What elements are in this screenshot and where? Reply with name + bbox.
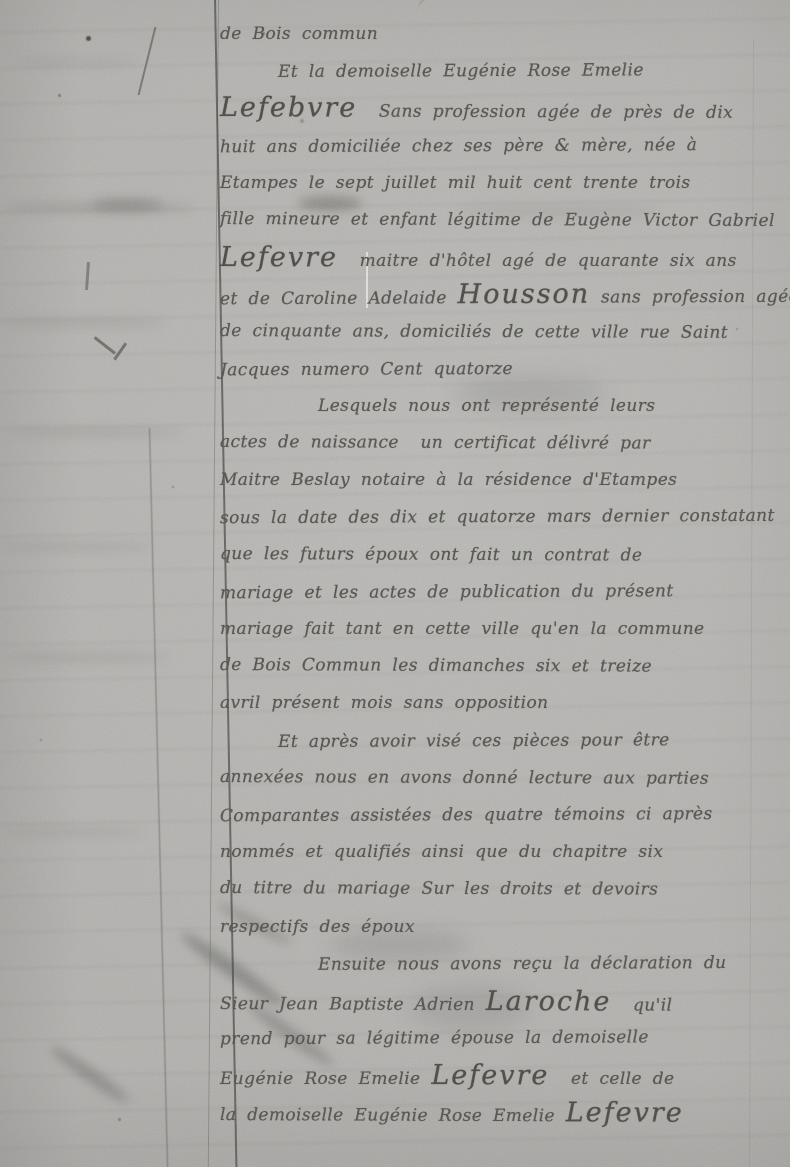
manuscript-line-6: fille mineure et enfant légitime de Eugè… — [220, 201, 780, 240]
manuscript-line-22: Comparantes assistées des quatre témoins… — [220, 796, 780, 836]
handwritten-text: nommés et qualifiés ainsi que du chapitr… — [220, 842, 663, 862]
handwritten-text: huit ans domiciliée chez ses père & mère… — [220, 135, 697, 157]
bleed-ghost-band — [4, 653, 169, 662]
manuscript-line-12: actes de naissance un certificat délivré… — [220, 424, 780, 463]
manuscript-line-11: Lesquels nous ont représenté leurs — [220, 388, 780, 425]
manuscript-line-15: que les futurs époux ont fait un contrat… — [220, 536, 780, 575]
manuscript-line-18: de Bois Commun les dimanches six et trei… — [220, 647, 780, 686]
handwritten-text: respectifs des époux — [220, 917, 415, 937]
bleed-ghost-band — [16, 58, 136, 66]
manuscript-line-21: annexées nous en avons donné lecture aux… — [220, 759, 780, 798]
handwritten-text: mariage et les actes de publication du p… — [220, 581, 674, 603]
manuscript-line-9: de cinquante ans, domiciliés de cette vi… — [220, 313, 780, 352]
handwritten-text: Lesquels nous ont représenté leurs — [318, 396, 655, 416]
handwritten-text: Ensuite nous avons reçu la déclaration d… — [318, 953, 727, 975]
manuscript-line-20: Et après avoir visé ces pièces pour être — [220, 721, 780, 761]
manuscript-line-14: sous la date des dix et quatorze mars de… — [220, 498, 780, 538]
surname-emphasis: Lefevre — [431, 1060, 549, 1091]
manuscript-line-26: Ensuite nous avons reçu la déclaration d… — [220, 944, 780, 984]
surname-emphasis: Housson — [458, 279, 591, 311]
manuscript-line-30: la demoiselle Eugénie Rose Emelie Lefevr… — [220, 1093, 780, 1132]
handwritten-text: Et après avoir visé ces pièces pour être — [278, 730, 670, 752]
manuscript-line-8: et de Caroline Adelaide Housson sans pro… — [220, 275, 780, 315]
handwritten-text: de Bois Commun les dimanches six et trei… — [220, 655, 652, 677]
handwritten-text: mariage fait tant en cette ville qu'en l… — [220, 619, 705, 639]
handwritten-text: du titre du mariage Sur les droits et de… — [220, 878, 658, 900]
handwritten-text: sans profession agée — [590, 287, 790, 308]
manuscript-line-23: nommés et qualifiés ainsi que du chapitr… — [220, 834, 780, 871]
handwritten-text: Comparantes assistées des quatre témoins… — [220, 804, 713, 826]
manuscript-line-3: Lefebvre Sans profession agée de près de… — [220, 89, 780, 128]
handwritten-text: la demoiselle Eugénie Rose Emelie — [220, 1105, 566, 1126]
ink-speck — [58, 94, 61, 97]
surname-emphasis: Lefevre — [220, 242, 338, 273]
bleed-ghost-band — [0, 543, 155, 551]
handwritten-text: Et la demoiselle Eugénie Rose Emelie — [278, 61, 644, 83]
surname-emphasis: Lefevre — [566, 1098, 684, 1129]
handwritten-text: annexées nous en avons donné lecture aux… — [220, 767, 709, 789]
handwritten-text: Maitre Beslay notaire à la résidence d'E… — [220, 470, 677, 490]
manuscript-line-10: Jacques numero Cent quatorze — [220, 349, 780, 389]
manuscript-line-2: Et la demoiselle Eugénie Rose Emelie — [220, 52, 780, 92]
ink-speck — [118, 1118, 121, 1121]
manuscript-line-25: respectifs des époux — [220, 909, 780, 946]
ink-smudge — [92, 198, 162, 211]
handwritten-text: qu'il — [611, 995, 672, 1015]
bleed-ghost-band — [0, 828, 145, 836]
ink-speck — [172, 486, 174, 488]
manuscript-line-19: avril présent mois sans opposition — [220, 685, 780, 722]
handwritten-text: de Bois commun — [220, 24, 378, 44]
surname-emphasis: Lefebvre — [220, 92, 357, 123]
manuscript-line-29: Eugénie Rose Emelie Lefevre et celle de — [220, 1057, 780, 1094]
manuscript-line-7: Lefevre maitre d'hôtel agé de quarante s… — [220, 239, 780, 276]
handwritten-text: sous la date des dix et quatorze mars de… — [220, 506, 775, 528]
handwritten-text: Etampes le sept juillet mil huit cent tr… — [220, 173, 691, 193]
manuscript-line-16: mariage et les actes de publication du p… — [220, 573, 780, 613]
manuscript-line-5: Etampes le sept juillet mil huit cent tr… — [220, 165, 780, 202]
handwritten-text: Eugénie Rose Emelie — [220, 1069, 431, 1089]
manuscript-line-27: Sieur Jean Baptiste Adrien Laroche qu'il — [220, 982, 780, 1021]
manuscript-text: de Bois communEt la demoiselle Eugénie R… — [220, 16, 780, 1132]
manuscript-line-13: Maitre Beslay notaire à la résidence d'E… — [220, 462, 780, 499]
handwritten-text: fille mineure et enfant légitime de Eugè… — [220, 209, 775, 231]
manuscript-line-1: de Bois commun — [220, 16, 780, 53]
handwritten-text: prend pour sa légitime épouse la demoise… — [220, 1027, 649, 1049]
manuscript-line-17: mariage fait tant en cette ville qu'en l… — [220, 611, 780, 648]
handwritten-text: Jacques numero Cent quatorze — [220, 359, 513, 380]
handwritten-text: Sans profession agée de près de dix — [357, 102, 733, 123]
bleed-ghost-band — [8, 428, 183, 437]
handwritten-text: de cinquante ans, domiciliés de cette vi… — [220, 321, 728, 343]
surname-emphasis: Laroche — [486, 986, 612, 1017]
handwritten-text: que les futurs époux ont fait un contrat… — [220, 544, 642, 565]
manuscript-line-24: du titre du mariage Sur les droits et de… — [220, 870, 780, 909]
ink-speck — [86, 36, 91, 41]
manuscript-line-28: prend pour sa légitime épouse la demoise… — [220, 1019, 780, 1059]
scanned-document-page: { "page": { "kind": "handwritten manuscr… — [0, 0, 790, 1167]
manuscript-line-4: huit ans domiciliée chez ses père & mère… — [220, 126, 780, 166]
handwritten-text: et celle de — [549, 1069, 674, 1089]
handwritten-text: Sieur Jean Baptiste Adrien — [220, 994, 486, 1015]
handwritten-text: avril présent mois sans opposition — [220, 693, 549, 713]
ink-speck — [40, 739, 42, 741]
bleed-ghost-band — [0, 318, 165, 327]
handwritten-text: maitre d'hôtel agé de quarante six ans — [338, 251, 737, 271]
handwritten-text: actes de naissance un certificat délivré… — [220, 432, 651, 454]
handwritten-text: et de Caroline Adelaide — [220, 288, 458, 309]
